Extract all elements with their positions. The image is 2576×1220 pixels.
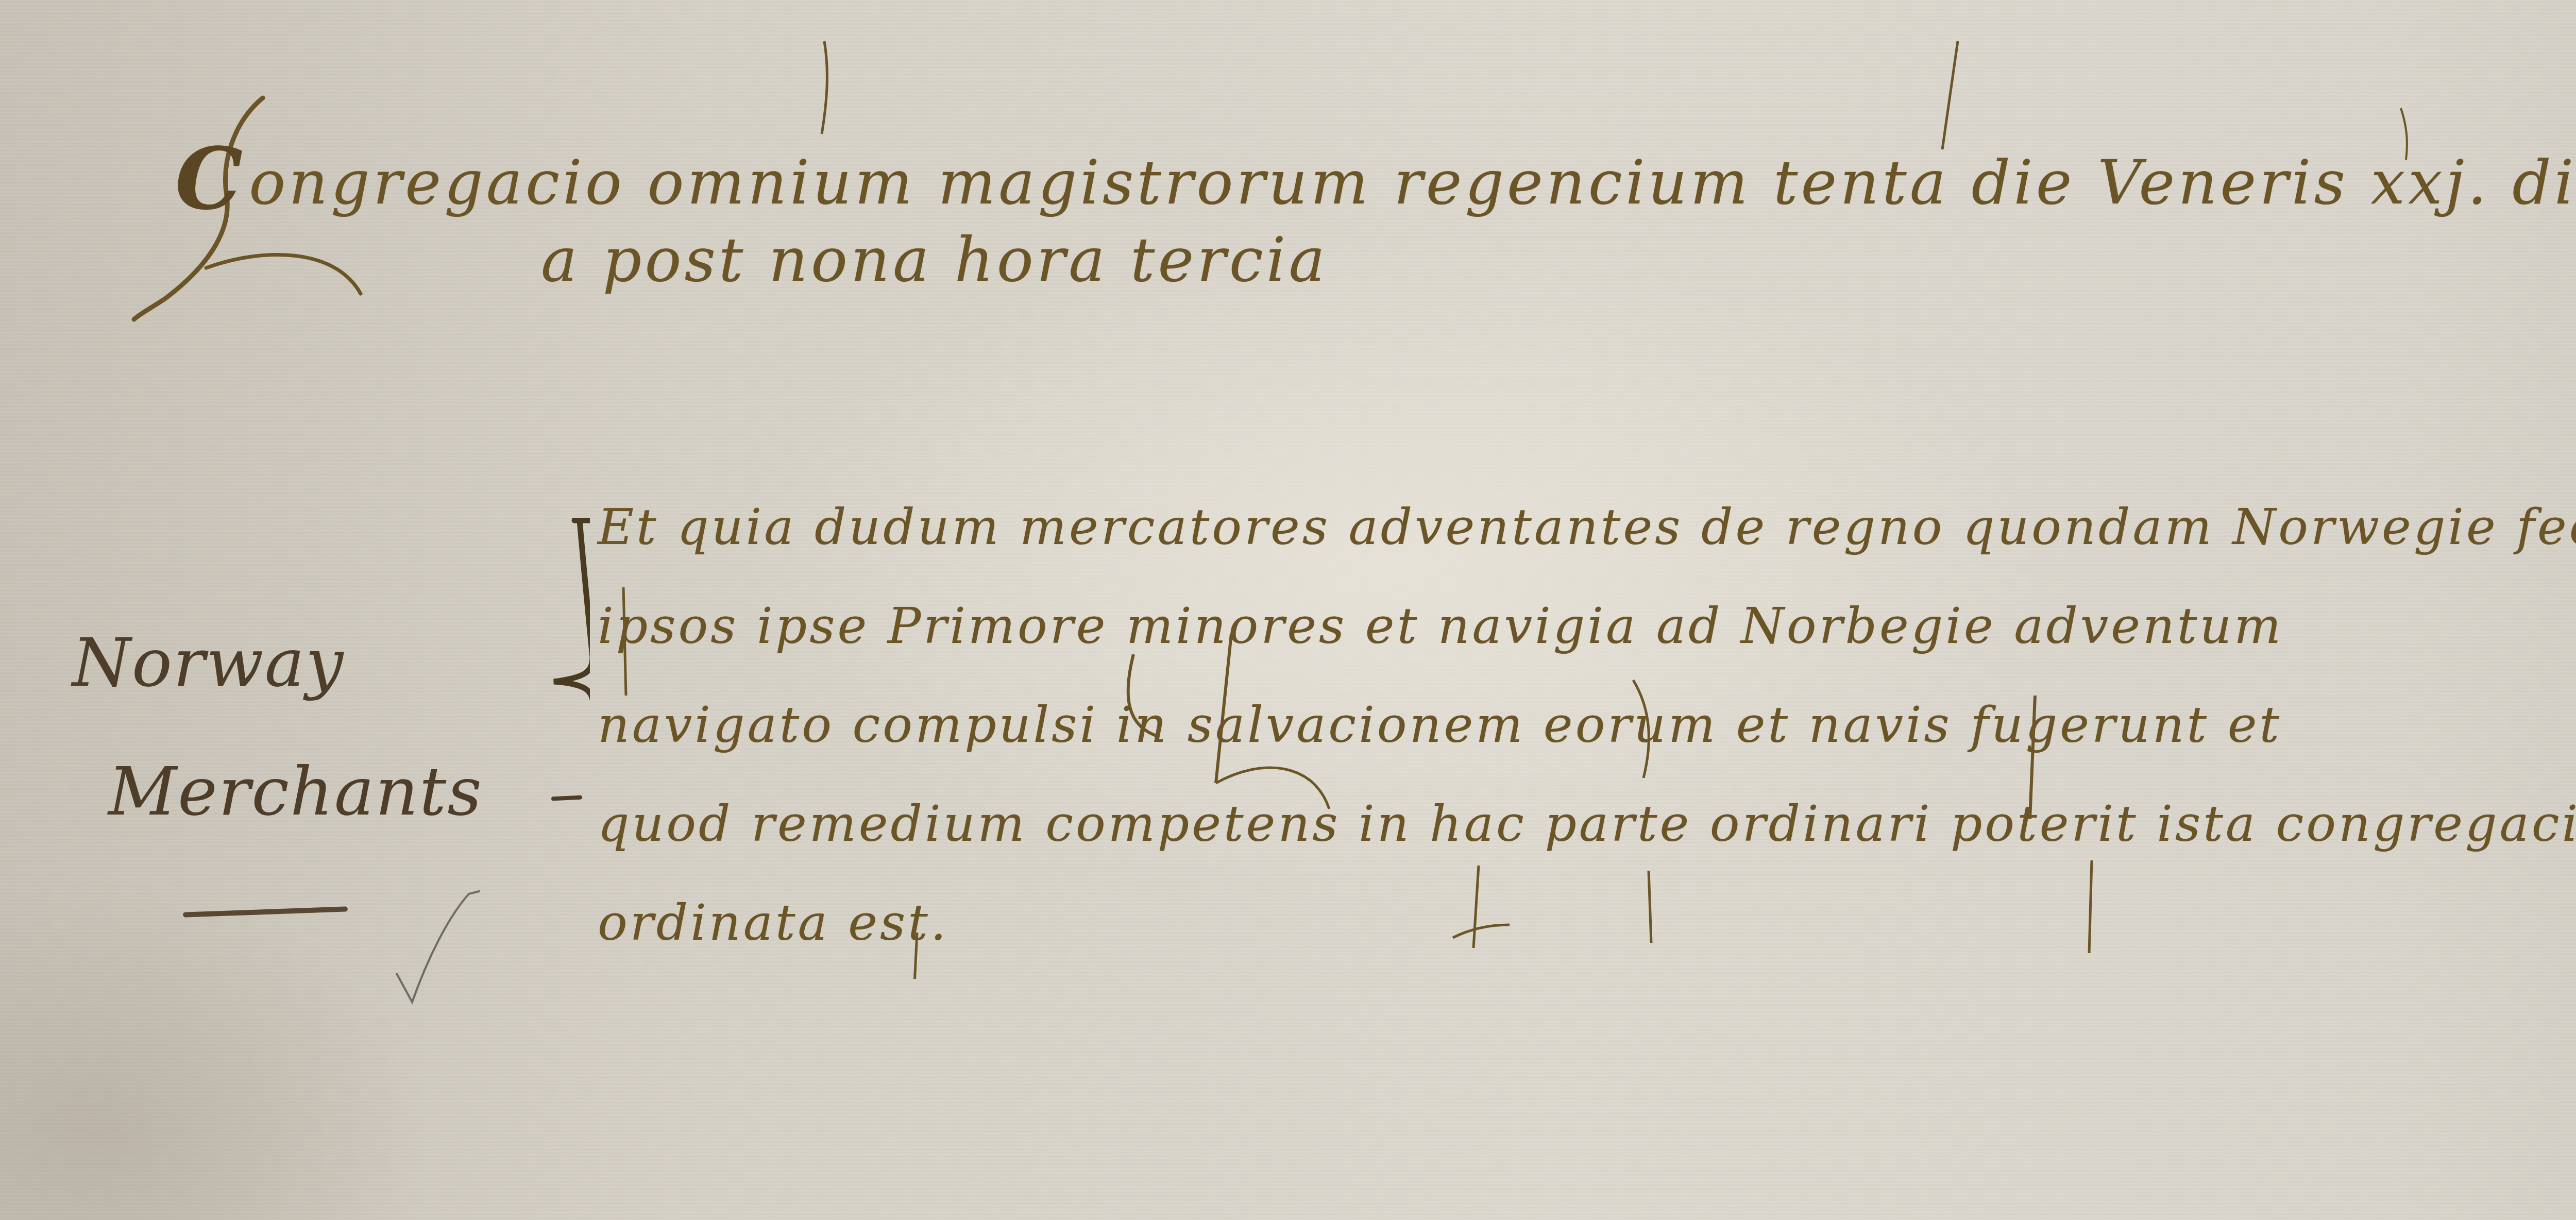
body-line-3: navigato compulsi in salvacionem eorum e… xyxy=(598,700,2576,799)
pencil-check-icon xyxy=(392,886,495,1010)
heading-line-1-text: ongregacio omnium magistrorum regencium … xyxy=(249,147,2576,218)
decorated-initial: C xyxy=(175,137,246,222)
record-body: Et quia dudum mercatores adventantes de … xyxy=(598,502,2576,997)
body-line-4: quod remedium competens in hac parte ord… xyxy=(598,799,2576,898)
body-line-2: ipsos ipse Primore minores et navigia ad… xyxy=(598,601,2576,700)
margin-stroke xyxy=(183,906,348,917)
margin-note-norway: Norway xyxy=(72,623,344,702)
text-bracket xyxy=(544,518,590,920)
body-line-5: ordinata est. xyxy=(598,898,2576,997)
body-line-1: Et quia dudum mercatores adventantes de … xyxy=(598,502,2576,601)
heading-line-1: Congregacio omnium magistrorum regencium… xyxy=(175,131,2576,216)
heading-line-2: a post nona hora tercia xyxy=(541,229,1328,290)
manuscript-page: Congregacio omnium magistrorum regencium… xyxy=(0,0,2576,1220)
margin-note-merchants: Merchants xyxy=(108,752,483,831)
